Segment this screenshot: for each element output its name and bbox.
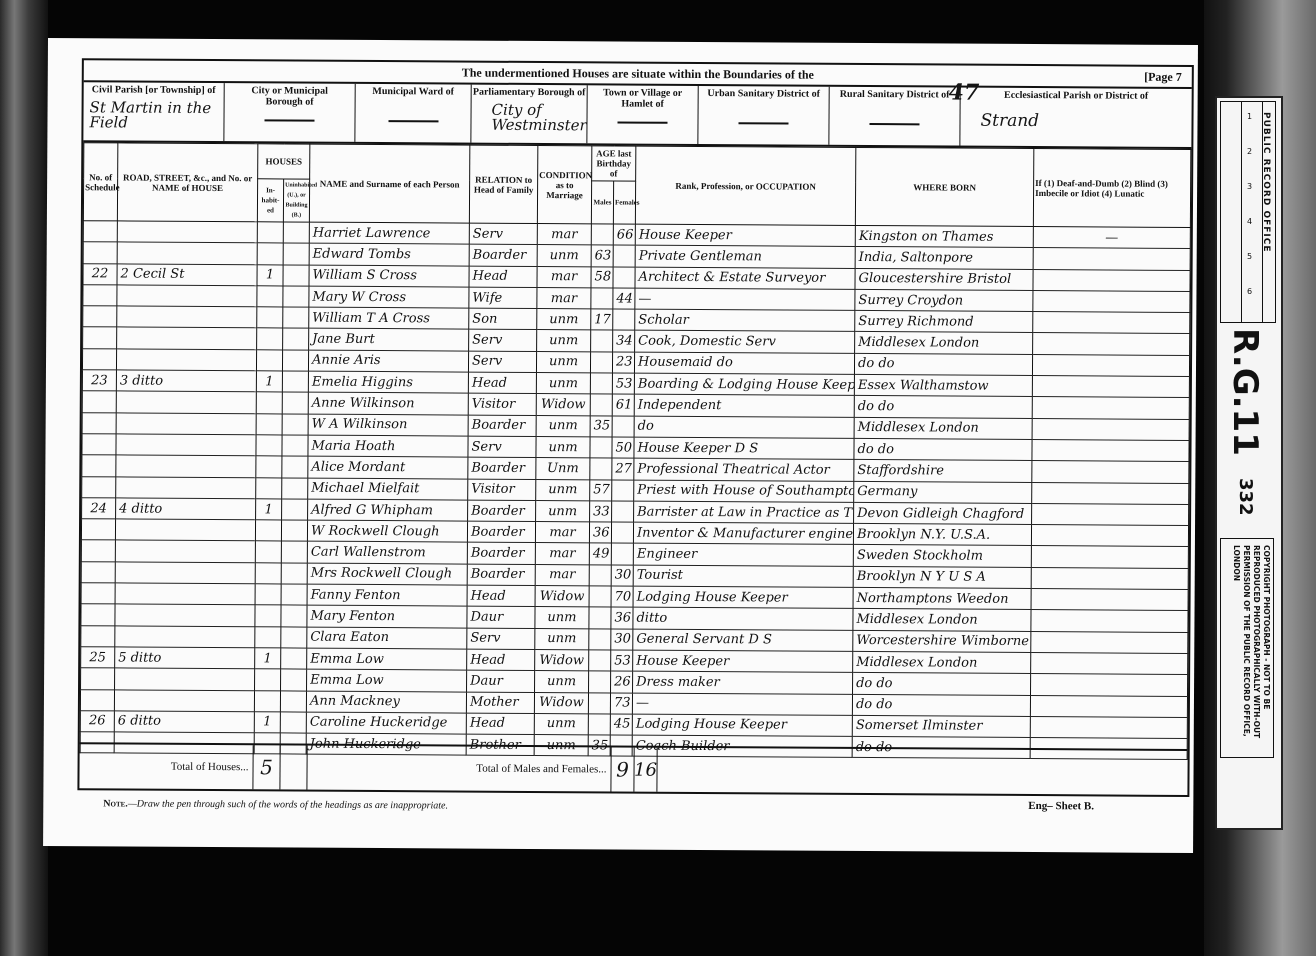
birthplace-cell: India, Saltonpore <box>855 247 1033 269</box>
address-cell: 4 ditto <box>116 498 256 520</box>
birthplace-cell: Gloucestershire Bristol <box>855 268 1033 290</box>
title-text: The undermentioned Houses are situate wi… <box>462 66 814 82</box>
public-record-office-label: PUBLIC RECORD OFFICE <box>1261 112 1271 253</box>
civil-parish-value: St Martin in the Field <box>89 100 219 131</box>
infirmity-cell: — <box>1033 227 1190 249</box>
scale-num: 1 <box>1247 112 1252 121</box>
schedule-cell <box>81 519 115 541</box>
totals-row: Total of Houses... 5 Total of Males and … <box>79 742 1187 795</box>
scale-num: 2 <box>1247 147 1252 156</box>
inhabited-cell <box>254 690 280 711</box>
schedule-cell <box>82 412 116 434</box>
relation-cell: Serv <box>469 223 537 245</box>
schedule-cell <box>83 306 117 328</box>
town-village-cell: Town or Village or Hamlet of <box>587 85 698 144</box>
address-cell: 5 ditto <box>115 647 255 669</box>
inhabited-cell <box>257 286 283 307</box>
age-female-cell <box>611 543 633 564</box>
condition-cell: unm <box>536 415 590 437</box>
relation-cell: Mother <box>466 692 534 714</box>
relation-cell: Head <box>469 266 537 288</box>
occupation-cell: Architect & Estate Surveyor <box>635 267 855 290</box>
relation-cell: Serv <box>467 628 535 650</box>
uninhabited-cell <box>282 456 308 477</box>
infirmity-cell <box>1033 312 1190 334</box>
inhabited-cell <box>255 669 281 690</box>
birthplace-cell: Germany <box>854 481 1032 503</box>
condition-cell: Widow <box>536 394 590 416</box>
ecclesiastical-parish-value: Strand <box>980 116 1039 127</box>
occupation-cell: Priest with House of Southampton <box>634 480 854 503</box>
municipal-borough-label: City or Municipal Borough of <box>225 85 355 108</box>
infirmity-cell <box>1032 354 1189 376</box>
birthplace-cell: Essex Walthamstow <box>854 375 1032 397</box>
birthplace-cell: Devon Gidleigh Chagford <box>854 502 1032 524</box>
uninhabited-cell <box>283 328 309 349</box>
age-male-cell: 35 <box>590 415 612 436</box>
schedule-cell <box>81 668 115 690</box>
parliamentary-borough-cell: Parliamentary Borough of City of Westmin… <box>471 85 587 144</box>
uninhabited-cell <box>281 605 307 626</box>
occupation-cell: Lodging House Keeper <box>632 714 852 737</box>
col-where-born: WHERE BORN <box>855 147 1033 226</box>
name-cell: Anne Wilkinson <box>308 392 468 414</box>
condition-cell: mar <box>535 564 589 586</box>
schedule-cell <box>83 221 117 243</box>
name-cell: Maria Hoath <box>308 435 468 457</box>
age-male-cell <box>588 692 610 713</box>
uninhabited-cell <box>281 584 307 605</box>
age-male-cell <box>590 373 612 394</box>
age-male-cell: 36 <box>589 522 611 543</box>
age-female-cell <box>612 416 634 437</box>
scale-numbers: 1 2 3 4 5 6 <box>1241 102 1263 322</box>
name-cell: W Rockwell Clough <box>307 520 467 542</box>
uninhabited-cell <box>282 499 308 520</box>
empty-dash <box>388 120 438 122</box>
relation-cell: Boarder <box>467 521 535 543</box>
inhabited-cell <box>257 243 283 264</box>
schedule-cell: 25 <box>81 647 115 669</box>
relation-cell: Visitor <box>468 479 536 501</box>
age-female-cell: 66 <box>613 224 635 245</box>
relation-cell: Head <box>467 585 535 607</box>
name-cell: Mary Fenton <box>307 605 467 627</box>
uninhabited-cell <box>282 350 308 371</box>
infirmity-cell <box>1032 503 1189 525</box>
infirmity-cell <box>1032 376 1189 398</box>
census-table: No. of Schedule ROAD, STREET, &c., and N… <box>80 142 1192 760</box>
census-rows: Harriet LawrenceServmar66House KeeperKin… <box>80 221 1190 760</box>
age-male-cell: 17 <box>591 309 613 330</box>
name-cell: William S Cross <box>309 265 469 287</box>
note-label: Note. <box>103 798 128 809</box>
uninhabited-cell <box>281 541 307 562</box>
age-male-cell <box>588 714 610 735</box>
condition-cell: unm <box>537 309 591 331</box>
name-cell: Mrs Rockwell Clough <box>307 563 467 585</box>
schedule-cell: 23 <box>82 370 116 392</box>
schedule-cell <box>80 689 114 711</box>
inhabited-cell <box>255 626 281 647</box>
occupation-cell: — <box>635 288 855 311</box>
occupation-cell: — <box>632 693 852 716</box>
scale-num: 5 <box>1247 252 1252 261</box>
birthplace-cell: Middlesex London <box>855 332 1033 354</box>
age-female-cell <box>612 480 634 501</box>
age-male-cell <box>590 437 612 458</box>
copyright-notice: COPYRIGHT PHOTOGRAPH - NOT TO BE REPRODU… <box>1220 538 1274 758</box>
occupation-cell: Engineer <box>633 544 853 567</box>
age-female-cell: 45 <box>610 714 632 735</box>
birthplace-cell: Northamptons Weedon <box>853 587 1031 609</box>
infirmity-cell <box>1031 525 1188 547</box>
occupation-cell: Inventor & Manufacturer engineer <box>633 522 853 545</box>
relation-cell: Boarder <box>467 543 535 565</box>
condition-cell: Unm <box>536 458 590 480</box>
empty-dash <box>869 123 919 125</box>
relation-cell: Boarder <box>467 564 535 586</box>
scale-ruler: 1 2 3 4 5 6 PUBLIC RECORD OFFICE <box>1220 101 1276 323</box>
col-age: AGE last Birthday of <box>592 146 636 181</box>
age-female-cell: 30 <box>611 629 633 650</box>
empty-dash <box>264 119 314 121</box>
inhabited-cell <box>257 328 283 349</box>
census-page: The undermentioned Houses are situate wi… <box>43 38 1198 853</box>
address-cell <box>116 455 256 477</box>
total-uninhabited-value <box>280 745 307 789</box>
infirmity-cell <box>1031 652 1188 674</box>
age-male-cell <box>591 288 613 309</box>
uninhabited-cell <box>283 243 309 264</box>
age-male-cell: 58 <box>591 266 613 287</box>
total-females-value: 16 <box>634 748 657 792</box>
condition-cell: unm <box>536 500 590 522</box>
infirmity-cell <box>1032 461 1189 483</box>
occupation-cell: do <box>634 416 854 439</box>
age-female-cell <box>613 309 635 330</box>
age-female-cell <box>613 245 635 266</box>
col-name: NAME and Surname of each Person <box>309 144 469 223</box>
parliamentary-borough-value: City of Westminster <box>491 103 581 134</box>
col-schedule: No. of Schedule <box>83 143 117 221</box>
schedule-cell <box>83 285 117 307</box>
address-cell <box>117 221 257 243</box>
age-female-cell: 34 <box>613 330 635 351</box>
col-infirmity: If (1) Deaf-and-Dumb (2) Blind (3) Imbec… <box>1033 149 1190 228</box>
age-male-cell <box>591 330 613 351</box>
age-male-cell: 49 <box>589 543 611 564</box>
empty-dash <box>617 121 667 123</box>
occupation-cell: Professional Theatrical Actor <box>634 458 854 481</box>
condition-cell: unm <box>535 607 589 629</box>
urban-sanitary-label: Urban Sanitary District of <box>699 88 829 100</box>
age-male-cell <box>589 650 611 671</box>
age-female-cell: 70 <box>611 586 633 607</box>
name-cell: Annie Aris <box>308 350 468 372</box>
col-relation: RELATION to Head of Family <box>469 145 537 223</box>
scale-num: 6 <box>1247 287 1252 296</box>
age-male-cell <box>589 628 611 649</box>
schedule-cell <box>81 625 115 647</box>
col-uninhabited: Uninhabited (U.), or Building (B.) <box>283 179 309 222</box>
infirmity-cell <box>1032 439 1189 461</box>
municipal-ward-cell: Municipal Ward of <box>355 84 471 143</box>
inhabited-cell <box>257 222 283 243</box>
address-cell <box>117 306 257 328</box>
schedule-cell <box>83 242 117 264</box>
scale-num: 3 <box>1247 182 1252 191</box>
inhabited-cell <box>255 605 281 626</box>
schedule-cell <box>82 391 116 413</box>
total-males-value: 9 <box>611 747 634 791</box>
occupation-cell: Housemaid do <box>634 352 854 375</box>
col-occupation: Rank, Profession, or OCCUPATION <box>635 146 855 225</box>
town-village-label: Town or Village or Hamlet of <box>588 87 698 110</box>
age-female-cell: 36 <box>611 607 633 628</box>
uninhabited-cell <box>280 690 306 711</box>
age-male-cell <box>590 352 612 373</box>
relation-cell: Son <box>469 308 537 330</box>
name-cell: Clara Eaton <box>307 627 467 649</box>
condition-cell: unm <box>537 245 591 267</box>
condition-cell: Widow <box>535 586 589 608</box>
address-cell <box>115 562 255 584</box>
uninhabited-cell <box>281 520 307 541</box>
schedule-cell: 24 <box>82 498 116 520</box>
uninhabited-cell <box>281 648 307 669</box>
relation-cell: Head <box>468 372 536 394</box>
occupation-cell: Private Gentleman <box>635 245 855 268</box>
scale-num: 4 <box>1247 217 1252 226</box>
infirmity-cell <box>1030 716 1187 738</box>
name-cell: Jane Burt <box>309 329 469 351</box>
schedule-cell <box>83 327 117 349</box>
name-cell: Alfred G Whipham <box>308 499 468 521</box>
condition-cell: mar <box>535 543 589 565</box>
schedule-cell <box>82 476 116 498</box>
address-cell <box>115 604 255 626</box>
infirmity-cell <box>1031 631 1188 653</box>
page-number: [Page 7 <box>1144 67 1182 87</box>
inhabited-cell: 1 <box>256 371 282 392</box>
municipal-ward-label: Municipal Ward of <box>356 86 471 98</box>
name-cell: William T A Cross <box>309 307 469 329</box>
inhabited-cell <box>256 456 282 477</box>
condition-cell: unm <box>536 373 590 395</box>
rural-sanitary-label: Rural Sanitary District of <box>830 89 960 101</box>
condition-cell: unm <box>536 436 590 458</box>
age-male-cell <box>590 394 612 415</box>
infirmity-cell <box>1032 482 1189 504</box>
col-inhabited: In-habit-ed <box>257 179 283 222</box>
occupation-cell: House Keeper D S <box>634 437 854 460</box>
birthplace-cell: Middlesex London <box>854 417 1032 439</box>
address-cell <box>116 413 256 435</box>
name-cell: W A Wilkinson <box>308 414 468 436</box>
address-cell <box>117 242 257 264</box>
condition-cell: Widow <box>534 692 588 714</box>
municipal-borough-cell: City or Municipal Borough of <box>224 83 355 142</box>
address-cell <box>115 540 255 562</box>
birthplace-cell: Surrey Croydon <box>855 289 1033 311</box>
address-cell <box>116 391 256 413</box>
condition-cell: unm <box>535 671 589 693</box>
infirmity-cell <box>1031 610 1188 632</box>
birthplace-cell: Worcestershire Wimborne <box>853 630 1031 652</box>
age-female-cell: 61 <box>612 394 634 415</box>
infirmity-cell <box>1033 248 1190 270</box>
age-female-cell: 53 <box>611 650 633 671</box>
occupation-cell: House Keeper <box>633 650 853 673</box>
relation-cell: Serv <box>468 351 536 373</box>
age-female-cell: 27 <box>612 458 634 479</box>
relation-cell: Daur <box>467 606 535 628</box>
infirmity-cell <box>1031 589 1188 611</box>
uninhabited-cell <box>283 222 309 243</box>
total-houses-label: Total of Houses... <box>79 744 253 789</box>
uninhabited-cell <box>281 563 307 584</box>
relation-cell: Serv <box>469 330 537 352</box>
name-cell: Mary W Cross <box>309 286 469 308</box>
condition-cell: mar <box>537 266 591 288</box>
col-address: ROAD, STREET, &c., and No. or NAME of HO… <box>117 143 257 222</box>
schedule-cell: 22 <box>83 263 117 285</box>
total-persons-label: Total of Males and Females... <box>307 746 611 792</box>
infirmity-cell <box>1032 418 1189 440</box>
census-form: The undermentioned Houses are situate wi… <box>77 58 1193 797</box>
civil-parish-label: Civil Parish [or Township] of <box>84 84 224 96</box>
address-cell <box>116 349 256 371</box>
condition-cell: unm <box>537 330 591 352</box>
address-cell: 2 Cecil St <box>117 264 257 286</box>
occupation-cell: Barrister at Law in Practice as Tutor <box>634 501 854 524</box>
name-cell: Harriet Lawrence <box>309 222 469 244</box>
birthplace-cell: do do <box>852 694 1030 716</box>
name-cell: Emma Low <box>307 669 467 691</box>
birthplace-cell: Surrey Richmond <box>855 311 1033 333</box>
footnote: Note.—Draw the pen through such of the w… <box>103 798 448 811</box>
birthplace-cell: Brooklyn N.Y. U.S.A. <box>853 524 1031 546</box>
address-cell: 3 ditto <box>116 370 256 392</box>
inhabited-cell <box>255 563 281 584</box>
age-male-cell <box>591 224 613 245</box>
uninhabited-cell <box>280 712 306 733</box>
infirmity-cell <box>1030 695 1187 717</box>
inhabited-cell <box>255 520 281 541</box>
age-male-cell <box>589 586 611 607</box>
relation-cell: Daur <box>467 670 535 692</box>
ecclesiastical-parish-label: Ecclesiastical Parish or District of <box>961 90 1192 102</box>
uninhabited-cell <box>281 669 307 690</box>
condition-cell: mar <box>537 223 591 245</box>
infirmity-cell <box>1031 674 1188 696</box>
archive-reference-label: 1 2 3 4 5 6 PUBLIC RECORD OFFICE R.G.11 … <box>1215 96 1283 830</box>
uninhabited-cell <box>282 477 308 498</box>
name-cell: Ann Mackney <box>306 691 466 713</box>
name-cell: Emma Low <box>307 648 467 670</box>
name-cell: Emelia Higgins <box>308 371 468 393</box>
schedule-cell <box>81 583 115 605</box>
uninhabited-cell <box>282 371 308 392</box>
relation-cell: Wife <box>469 287 537 309</box>
inhabited-cell <box>256 413 282 434</box>
address-cell <box>116 434 256 456</box>
address-cell: 6 ditto <box>114 711 254 733</box>
name-cell: Alice Mordant <box>308 456 468 478</box>
age-male-cell: 57 <box>590 479 612 500</box>
inhabited-cell <box>256 477 282 498</box>
uninhabited-cell <box>283 286 309 307</box>
age-female-cell <box>611 522 633 543</box>
condition-cell: mar <box>535 522 589 544</box>
parliamentary-borough-label: Parliamentary Borough of <box>472 87 587 99</box>
age-male-cell: 33 <box>590 501 612 522</box>
inhabited-cell <box>255 541 281 562</box>
enumeration-district-number: 47 <box>949 88 980 99</box>
age-female-cell: 53 <box>612 373 634 394</box>
birthplace-cell: Middlesex London <box>853 609 1031 631</box>
inhabited-cell: 1 <box>255 648 281 669</box>
uninhabited-cell <box>282 435 308 456</box>
schedule-cell: 26 <box>80 711 114 733</box>
address-cell <box>115 583 255 605</box>
boundaries-row: Civil Parish [or Township] of St Martin … <box>83 82 1191 149</box>
age-female-cell <box>613 267 635 288</box>
inhabited-cell <box>256 435 282 456</box>
address-cell <box>114 689 254 711</box>
uninhabited-cell <box>281 627 307 648</box>
rural-sanitary-cell: Rural Sanitary District of <box>829 87 960 146</box>
relation-cell: Boarder <box>468 415 536 437</box>
relation-cell: Visitor <box>468 393 536 415</box>
birthplace-cell: Middlesex London <box>853 651 1031 673</box>
col-females: Females <box>613 181 635 224</box>
schedule-cell <box>82 455 116 477</box>
uninhabited-cell <box>283 307 309 328</box>
address-cell <box>115 519 255 541</box>
age-male-cell: 63 <box>591 245 613 266</box>
uninhabited-cell <box>283 265 309 286</box>
infirmity-cell <box>1033 333 1190 355</box>
birthplace-cell: do do <box>854 438 1032 460</box>
age-male-cell <box>589 671 611 692</box>
schedule-cell <box>81 540 115 562</box>
relation-cell: Head <box>467 649 535 671</box>
name-cell: Fanny Fenton <box>307 584 467 606</box>
condition-cell: unm <box>536 351 590 373</box>
age-male-cell <box>589 607 611 628</box>
note-text: —Draw the pen through such of the words … <box>128 799 448 812</box>
occupation-cell: ditto <box>633 607 853 630</box>
age-male-cell <box>590 458 612 479</box>
infirmity-cell <box>1032 397 1189 419</box>
birthplace-cell: do do <box>854 396 1032 418</box>
name-cell: Michael Mielfait <box>308 478 468 500</box>
col-condition: CONDITION as to Marriage <box>537 145 591 223</box>
birthplace-cell: Staffordshire <box>854 460 1032 482</box>
relation-cell: Boarder <box>468 500 536 522</box>
age-female-cell: 73 <box>610 692 632 713</box>
record-group-reference: R.G.11 <box>1225 328 1265 456</box>
condition-cell: unm <box>536 479 590 501</box>
age-female-cell: 50 <box>612 437 634 458</box>
totals-blank <box>657 748 1187 795</box>
inhabited-cell: 1 <box>256 499 282 520</box>
empty-dash <box>738 122 788 124</box>
birthplace-cell: Sweden Stockholm <box>853 545 1031 567</box>
age-female-cell: 26 <box>611 671 633 692</box>
